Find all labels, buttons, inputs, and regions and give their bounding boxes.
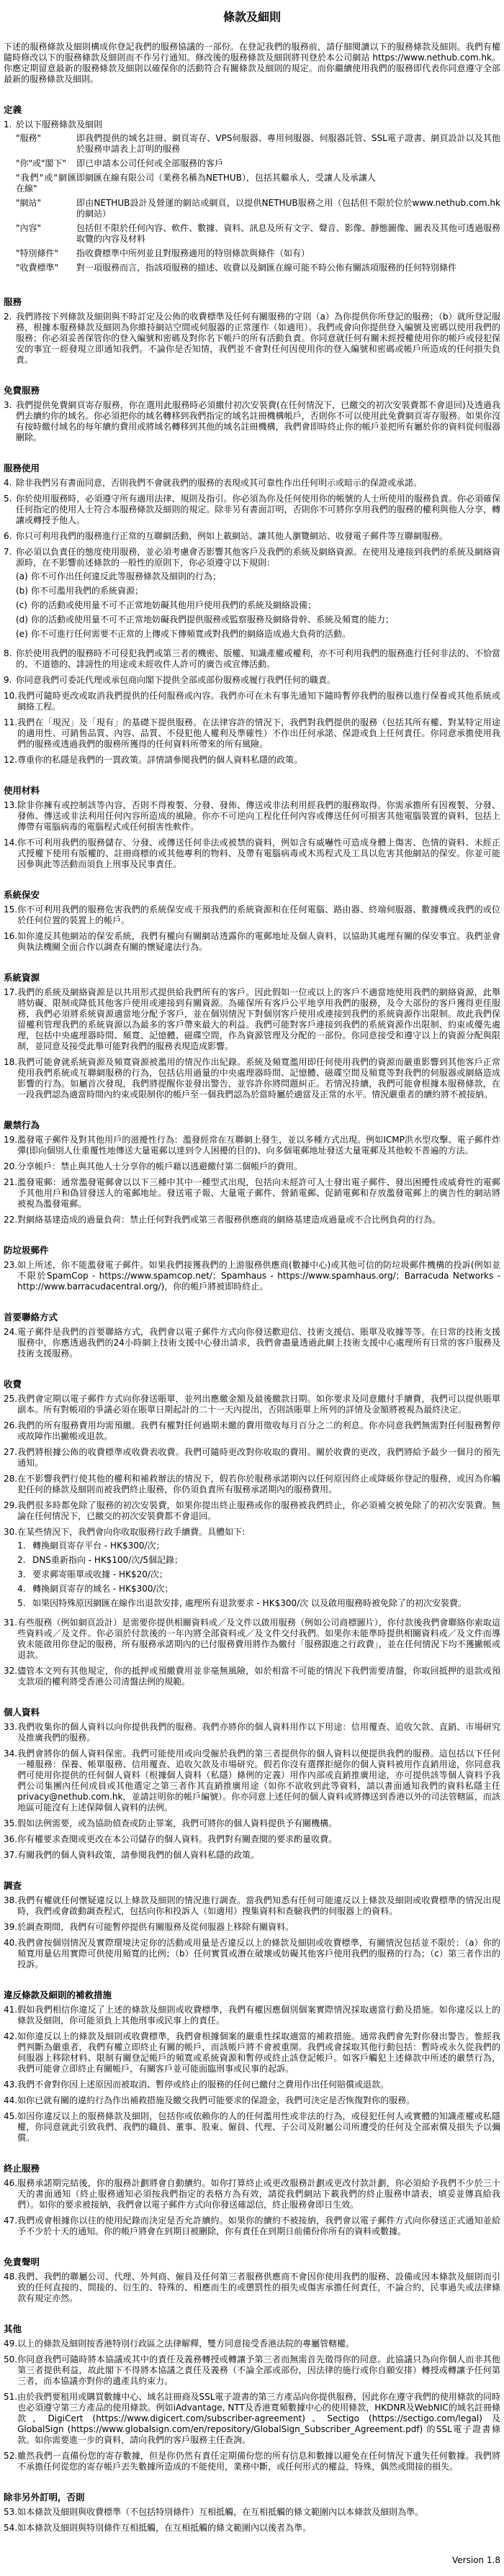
item-number: 33. bbox=[4, 1722, 17, 1743]
item-number: 12. bbox=[4, 755, 17, 766]
item-text: 在不影響我們行使其他的權利和補救辦法的情況下，假若你於服務承諾期內以任何原因終止… bbox=[17, 1474, 500, 1495]
item-text: 如上所述，你不能濫發電子郵件。如果我們接獲我們的上游服務供應商(數據中心)或其他… bbox=[17, 1260, 500, 1292]
sub-item-label: (c) bbox=[16, 600, 31, 611]
item-number: 39. bbox=[4, 1922, 17, 1933]
item-text: 儘管本文列有其他規定，你的抵押或預繳費用並非毫無風險，如於相當不可能的情況下我們… bbox=[17, 1666, 500, 1687]
terms-item: 36.你有權要求查閱或更改在本公司儲存的個人資料。我們對有關查閱的要求酌量收費。 bbox=[4, 1834, 500, 1845]
terms-section: 除非另外訂明，否則53.如本條款及細則與收費標準（不包括特別條件）互相抵觸，在互… bbox=[4, 2492, 500, 2534]
section-heading: 收費 bbox=[4, 1379, 500, 1390]
sub-item-label: 1. bbox=[17, 1541, 32, 1551]
sub-item-text: 你不可濫用我們的系統資源； bbox=[31, 586, 500, 597]
item-text: 如本條款及細則與收費標準（不包括特別條件）互相抵觸，在互相抵觸的條文範圍內以本條… bbox=[17, 2507, 500, 2518]
sub-item-text: 你的活動或使用量不可不正常地妨礙我們提供服務或監察服務及網絡骨幹、系統及頻寬的能… bbox=[31, 614, 500, 625]
sub-item-text: 如果因特殊原因網匯在線作出退款安排, 處理所有退款要求 - HK$300/次 以… bbox=[32, 1598, 500, 1609]
item-text: 我們會將你的個人資料保密。我們可能使用或向受僱於我們的第三者提供你的個人資料以便… bbox=[17, 1749, 500, 1813]
item-text: 有些服務（例如網頁設計）是需要你提供相關資料或／及文件以啟用服務（例如公司商標圖… bbox=[17, 1618, 500, 1661]
definition-term: "我們"或"網匯在線" bbox=[16, 173, 76, 194]
terms-item: 15.你不可利用我們的服務危害我們的系統保安或干預我們的系統資源和在任何電腦、路… bbox=[4, 904, 500, 926]
item-text: 濫發電郵：通常濫發電郵會以以下三種中其中一種型式出現，包括向未經許可人士發出電子… bbox=[17, 1177, 500, 1210]
item-number: 40. bbox=[4, 1938, 17, 1970]
item-text: 假如法例需要，或為協助偵查或防止罪案，我們可將你的個人資料提供予有關機構。 bbox=[17, 1818, 500, 1829]
item-body: 在不影響我們行使其他的權利和補救辦法的情況下，假若你於服務承諾期內以任何原因終止… bbox=[17, 1474, 500, 1495]
item-number: 43. bbox=[4, 2080, 17, 2090]
item-body: 我們可隨時更改或取消我們提供的任何服務或內容。我們亦可在未有事先通知下隨時暫停我… bbox=[17, 691, 500, 712]
item-body: 我們很多時都免除了服務的初次安裝費，如果你提出終止服務或你的服務被我們終止，你必… bbox=[17, 1500, 500, 1522]
definition-text: 包括但不限於任何內容、軟件、數據、資料、訊息及所有文字、聲音、影像、靜態圖像、圖… bbox=[76, 223, 500, 245]
item-body: 你不可利用我們的服務儲存、分發、或傳送任何非法或被禁的資料，例如含有威嚇性可造成… bbox=[17, 838, 500, 870]
sub-item-text: 要求郵寄賬單或收據 - HK$20/次； bbox=[32, 1569, 500, 1580]
section-heading: 防垃圾郵件 bbox=[4, 1245, 500, 1256]
sub-item: 4.轉換網頁寄存的域名 - HK$300/次； bbox=[17, 1584, 500, 1595]
terms-item: 47.我們或會根據你以往的使用紀錄而決定是否允許續約。如果你的續約不被接納，我們… bbox=[4, 2216, 500, 2237]
item-number: 6. bbox=[4, 531, 16, 542]
sub-item-label: 3. bbox=[17, 1569, 32, 1580]
item-body: 我們在「現況」及「現有」的基礎下提供服務。在法律容許的情況下，我們對我們提供的服… bbox=[17, 717, 500, 750]
item-number: 53. bbox=[4, 2507, 17, 2518]
terms-item: 43.我們不會對你因上述原因而被取消、暫停或終止的服務的任何已繳付之費用作出任何… bbox=[4, 2080, 500, 2090]
item-body: 我們的所有服務費用均需預繳。我們有權對任何過期未繳的費用徵收每月百分之二的利息。… bbox=[17, 1420, 500, 1442]
terms-item: 25.我們會定期以電子郵件方式向你發送賬單，並列出應繳金額及最後繳款日期。如你要… bbox=[4, 1394, 500, 1415]
sub-item-text: 你的活動或使用量不可不正常地妨礙其他用戶使用我們的系統及網絡設備； bbox=[31, 600, 500, 611]
sub-item-label: 2. bbox=[17, 1555, 32, 1566]
item-body: 電子郵件是我們的首要聯絡方式，我們會以電子郵件方式向你發送歡迎信、技術支援信、賬… bbox=[17, 1327, 500, 1359]
item-number: 44. bbox=[4, 2095, 17, 2106]
definition-row: "服務"即我們提供的域名註冊、網頁寄存、VPS伺服器、專用伺服器、伺服器託管、S… bbox=[16, 133, 500, 155]
item-body: 你於使用服務時，必須遵守所有適用法律、規則及指引。你必須為你及任何使用你的帳號的… bbox=[16, 494, 500, 526]
item-number: 49. bbox=[4, 2339, 17, 2349]
item-text: 除非我們另有書面同意，否則我們不會就我們的服務的表現或其可靠性作出任何明示或暗示… bbox=[16, 478, 500, 489]
item-number: 52. bbox=[4, 2451, 17, 2472]
section-heading: 免費服務 bbox=[4, 385, 500, 396]
item-number: 27. bbox=[4, 1447, 17, 1469]
item-body: 我們收集你的個人資料以向你提供我們的服務。我們亦將你的個人資料用作以下用途：信用… bbox=[17, 1722, 500, 1743]
terms-item: 38.我們有權就任何懷疑違反以上條款及細則的情況進行調查。當我們知悉有任何可能違… bbox=[4, 1895, 500, 1917]
terms-item: 31.有些服務（例如網頁設計）是需要你提供相關資料或／及文件以啟用服務（例如公司… bbox=[4, 1618, 500, 1661]
sub-item: 2.DNS重新指向 - HK$100/次/5個記錄； bbox=[17, 1555, 500, 1566]
section-heading: 系統資源 bbox=[4, 972, 500, 984]
sub-item-text: DNS重新指向 - HK$100/次/5個記錄； bbox=[32, 1555, 500, 1566]
item-number: 42. bbox=[4, 2031, 17, 2074]
terms-item: 41.假如我們相信你違反了上述的條款及細則或收費標準，我們有權因應個別個案實際情… bbox=[4, 2005, 500, 2026]
item-body: 分享帳戶：禁止與其他人士分享你的帳戶藉以逃避繳付第二個帳戶的費用。 bbox=[17, 1161, 500, 1172]
terms-item: 24.電子郵件是我們的首要聯絡方式，我們會以電子郵件方式向你發送歡迎信、技術支援… bbox=[4, 1327, 500, 1359]
definition-text: 指收費標準中所列並且對服務適用的特別條款與條件（如有） bbox=[76, 248, 500, 259]
item-number: 22. bbox=[4, 1215, 17, 1225]
item-body: 以上的條款及細則按香港特別行政區之法律解釋，雙方同意接受香港法院的專屬管轄權。 bbox=[17, 2339, 500, 2349]
item-body: 在某些情況下，我們會向你收取服務行政手續費。具體如下:1.轉換網頁寄存平台 - … bbox=[17, 1527, 500, 1613]
terms-section: 服務使用4.除非我們另有書面同意，否則我們不會就我們的服務的表現或其可靠性作出任… bbox=[4, 463, 500, 766]
section-heading: 嚴禁行為 bbox=[4, 1120, 500, 1131]
page-title: 條款及細則 bbox=[4, 10, 500, 24]
sub-item: (b)你不可濫用我們的系統資源； bbox=[16, 586, 500, 597]
item-body: 我們可能會就系統資源及頻寬資源被濫用的情況作出紀錄。系統及頻寬濫用即任何使用我們… bbox=[17, 1057, 500, 1100]
item-number: 4. bbox=[4, 478, 16, 489]
terms-item: 23.如上所述，你不能濫發電子郵件。如果我們接獲我們的上游服務供應商(數據中心)… bbox=[4, 1260, 500, 1292]
section-heading: 違反條款及細則的補救措施 bbox=[4, 1990, 500, 2001]
item-number: 24. bbox=[4, 1327, 17, 1359]
terms-item: 17.我們的系統及網絡資源是以共用形式提供給我們所有的客戶。因此假如一位或以上的… bbox=[4, 987, 500, 1052]
item-text: 如因你違反以上的服務條款及細則，包括你或依賴你的人的任何濫用性或非法的行為，或侵… bbox=[17, 2111, 500, 2144]
item-number: 7. bbox=[4, 547, 16, 643]
terms-section: 防垃圾郵件23.如上所述，你不能濫發電子郵件。如果我們接獲我們的上游服務供應商(… bbox=[4, 1245, 500, 1292]
item-number: 45. bbox=[4, 2111, 17, 2144]
terms-item: 48.我們、我們的聯屬公司、代理、外判商、僱員及任何第三者服務供應商不會因你使用… bbox=[4, 2272, 500, 2304]
item-number: 23. bbox=[4, 1260, 17, 1292]
terms-section: 收費25.我們會定期以電子郵件方式向你發送賬單，並列出應繳金額及最後繳款日期。如… bbox=[4, 1379, 500, 1687]
terms-item: 13.除非你擁有或控制該等內容，否則不得複製、分發、發佈、傳送或非法利用經我們的… bbox=[4, 800, 500, 833]
item-text: 你同意我們可委託代理或承包商向閣下提供全部或部份服務或履行我們任何的職責。 bbox=[16, 675, 500, 686]
terms-item: 33.我們收集你的個人資料以向你提供我們的服務。我們亦將你的個人資料用作以下用途… bbox=[4, 1722, 500, 1743]
item-body: 我們會按個別情況及實際環境決定你的活動或用量是否違反以上的條款及細則或收費標準，… bbox=[17, 1938, 500, 1970]
item-text: 我們在「現況」及「現有」的基礎下提供服務。在法律容許的情況下，我們對我們提供的服… bbox=[17, 717, 500, 750]
item-number: 16. bbox=[4, 931, 17, 953]
definition-term: "特別條件" bbox=[16, 248, 76, 259]
terms-item: 2.我們將按下列條款及細則與不時訂定及公佈的收費標準及任何有關服務的守則（a）為… bbox=[4, 312, 500, 366]
terms-item: 45.如因你違反以上的服務條款及細則，包括你或依賴你的人的任何濫用性或非法的行為… bbox=[4, 2111, 500, 2144]
item-body: 除非我們另有書面同意，否則我們不會就我們的服務的表現或其可靠性作出任何明示或暗示… bbox=[16, 478, 500, 489]
item-body: 如上所述，你不能濫發電子郵件。如果我們接獲我們的上游服務供應商(數據中心)或其他… bbox=[17, 1260, 500, 1292]
sections-container: 定義1.於以下服務條款及細則"服務"即我們提供的域名註冊、網頁寄存、VPS伺服器… bbox=[4, 104, 500, 2534]
item-number: 37. bbox=[4, 1850, 17, 1861]
definition-term: "收費標準" bbox=[16, 263, 76, 273]
definition-term: "內容" bbox=[16, 223, 76, 245]
terms-item: 19.濫發電子郵件及對其他用戶的滋擾性行為：濫發經常在互聯網上發生，並以多種方式… bbox=[4, 1135, 500, 1156]
item-body: 服務承諾期完結後，你的服務計劃將會自動續約。如你打算終止或更改服務計劃或更改付款… bbox=[17, 2178, 500, 2210]
item-text: 對網絡基建造成的過量負荷：禁止任何對我們或第三者服務供應商的網絡基建造成過量或不… bbox=[17, 1215, 500, 1225]
item-text: 你不可利用我們的服務危害我們的系統保安或干預我們的系統資源和在任何電腦、路由器、… bbox=[17, 904, 500, 926]
section-heading: 其他 bbox=[4, 2323, 500, 2335]
item-body: 有些服務（例如網頁設計）是需要你提供相關資料或／及文件以啟用服務（例如公司商標圖… bbox=[17, 1618, 500, 1661]
item-body: 於以下服務條款及細則"服務"即我們提供的域名註冊、網頁寄存、VPS伺服器、專用伺… bbox=[16, 119, 500, 277]
item-text: 我們的系統及網絡資源是以共用形式提供給我們所有的客戶。因此假如一位或以上的客戶不… bbox=[17, 987, 500, 1052]
definition-row: "網站"即由NETHUB設計及營運的網站或網頁，以提供NETHUB服務之用（包括… bbox=[16, 198, 500, 219]
terms-item: 5.你於使用服務時，必須遵守所有適用法律、規則及指引。你必須為你及任何使用你的帳… bbox=[4, 494, 500, 526]
sub-item: (a)你不可作出任何違反此等服務條款及細則的行為； bbox=[16, 571, 500, 582]
terms-item: 8.你於使用我們的服務時不可侵犯我們或第三者的機密、版權、知識產權或權利，亦不可… bbox=[4, 648, 500, 670]
item-number: 34. bbox=[4, 1749, 17, 1813]
item-number: 18. bbox=[4, 1057, 17, 1100]
terms-section: 定義1.於以下服務條款及細則"服務"即我們提供的域名註冊、網頁寄存、VPS伺服器… bbox=[4, 104, 500, 277]
item-body: 儘管本文列有其他規定，你的抵押或預繳費用並非毫無風險，如於相當不可能的情況下我們… bbox=[17, 1666, 500, 1687]
terms-section: 系統保安15.你不可利用我們的服務危害我們的系統保安或干預我們的系統資源和在任何… bbox=[4, 889, 500, 953]
item-text: 你必須以負責任的態度使用服務，並必須考慮會否影響其他客戶及我們的系統及網絡資源。… bbox=[16, 547, 500, 568]
item-text: 除非你擁有或控制該等內容，否則不得複製、分發、發佈、傳送或非法利用經我們的服務取… bbox=[17, 800, 500, 833]
item-body: 我們將按下列條款及細則與不時訂定及公佈的收費標準及任何有關服務的守則（a）為你提… bbox=[16, 312, 500, 366]
item-text: 我們會定期以電子郵件方式向你發送賬單，並列出應繳金額及最後繳款日期。如你要求及同… bbox=[17, 1394, 500, 1415]
terms-item: 22.對網絡基建造成的過量負荷：禁止任何對我們或第三者服務供應商的網絡基建造成過… bbox=[4, 1215, 500, 1225]
item-number: 54. bbox=[4, 2523, 17, 2534]
item-body: 除非你擁有或控制該等內容，否則不得複製、分發、發佈、傳送或非法利用經我們的服務取… bbox=[17, 800, 500, 833]
sub-item-text: 轉換網頁寄存平台 - HK$300/次； bbox=[32, 1541, 500, 1551]
item-text: 你於使用服務時，必須遵守所有適用法律、規則及指引。你必須為你及任何使用你的帳號的… bbox=[16, 494, 500, 526]
item-number: 8. bbox=[4, 648, 16, 670]
item-text: 如你違反其他網站的保安系統，我們有權向有關網站透露你的電郵地址及個人資料，以協助… bbox=[17, 931, 500, 953]
terms-item: 16.如你違反其他網站的保安系統，我們有權向有關網站透露你的電郵地址及個人資料，… bbox=[4, 931, 500, 953]
item-text: 你同意我們可隨時將本協議或其中的責任及義務轉授或轉讓予第三者而無需首先徵得你的同… bbox=[17, 2354, 500, 2387]
terms-item: 42.如你違反以上的條款及細則或收費標準，我們會根據個案的嚴重性採取適當的補救措… bbox=[4, 2031, 500, 2074]
item-text: 以上的條款及細則按香港特別行政區之法律解釋，雙方同意接受香港法院的專屬管轄權。 bbox=[17, 2339, 500, 2349]
terms-item: 14.你不可利用我們的服務儲存、分發、或傳送任何非法或被禁的資料，例如含有威嚇性… bbox=[4, 838, 500, 870]
section-heading: 使用材料 bbox=[4, 785, 500, 797]
terms-item: 30.在某些情況下，我們會向你收取服務行政手續費。具體如下:1.轉換網頁寄存平台… bbox=[4, 1527, 500, 1613]
section-heading: 個人資料 bbox=[4, 1707, 500, 1718]
sub-item: 5.如果因特殊原因網匯在線作出退款安排, 處理所有退款要求 - HK$300/次… bbox=[17, 1598, 500, 1609]
terms-item: 50.你同意我們可隨時將本協議或其中的責任及義務轉授或轉讓予第三者而無需首先徵得… bbox=[4, 2354, 500, 2387]
item-body: 我們有權就任何懷疑違反以上條款及細則的情況進行調查。當我們知悉有任何可能違反以上… bbox=[17, 1895, 500, 1917]
item-text: 我們提供免費網頁寄存服務，你在選用此服務時必須繳付初次安裝費(在任何情況下，已繳… bbox=[16, 400, 500, 443]
item-body: 如本條款及細則與收費標準（不包括特別條件）互相抵觸，在互相抵觸的條文範圍內以本條… bbox=[17, 2507, 500, 2518]
terms-item: 51.由於我們要租用或購買數據中心、域名註冊商及SSL電子證書的第三方產品向你提… bbox=[4, 2392, 500, 2446]
item-text: 你不可利用我們的服務儲存、分發、或傳送任何非法或被禁的資料，例如含有威嚇性可造成… bbox=[17, 838, 500, 870]
definition-text: 即我們提供的域名註冊、網頁寄存、VPS伺服器、專用伺服器、伺服器託管、SSL電子… bbox=[76, 133, 500, 155]
definition-term: "服務" bbox=[16, 133, 76, 155]
terms-item: 9.你同意我們可委託代理或承包商向閣下提供全部或部份服務或履行我們任何的職責。 bbox=[4, 675, 500, 686]
item-text: 濫發電子郵件及對其他用戶的滋擾性行為：濫發經常在互聯網上發生，並以多種方式出現。… bbox=[17, 1135, 500, 1156]
definition-row: "你"或"閣下"即已申請本公司任何或全部服務的客戶 bbox=[16, 158, 500, 169]
item-text: 於以下服務條款及細則 bbox=[16, 119, 500, 130]
item-number: 30. bbox=[4, 1527, 17, 1613]
terms-item: 34.我們會將你的個人資料保密。我們可能使用或向受僱於我們的第三者提供你的個人資… bbox=[4, 1749, 500, 1813]
section-heading: 首要聯絡方式 bbox=[4, 1312, 500, 1323]
item-text: 電子郵件是我們的首要聯絡方式，我們會以電子郵件方式向你發送歡迎信、技術支援信、賬… bbox=[17, 1327, 500, 1359]
item-text: 你只可利用我們的服務進行正常的互聯網活動，例如上載網站、讓其他人瀏覽網站、收發電… bbox=[16, 531, 500, 542]
item-text: 於調查期間，我們有可能暫停提供有關服務及從伺服器上移除有關資料。 bbox=[17, 1922, 500, 1933]
item-text: 分享帳戶：禁止與其他人士分享你的帳戶藉以逃避繳付第二個帳戶的費用。 bbox=[17, 1161, 500, 1172]
item-number: 36. bbox=[4, 1834, 17, 1845]
terms-item: 12.尊重你的私隱是我們的一貫政策。詳情請參閱我們的個人資料私隱的政策。 bbox=[4, 755, 500, 766]
section-heading: 除非另外訂明，否則 bbox=[4, 2492, 500, 2503]
item-number: 41. bbox=[4, 2005, 17, 2026]
item-text: 我們或會根據你以往的使用紀錄而決定是否允許續約。如果你的續約不被接納，我們會以電… bbox=[17, 2216, 500, 2237]
sub-item-text: 你不可進行任何需要不正常的上傳或下傳頻寬或對我們的網絡造成過大負荷的活動。 bbox=[31, 629, 500, 640]
terms-item: 44.如你已就有關的違約行為作出補救措施及繳交我們可能要求的保證金，我們可決定是… bbox=[4, 2095, 500, 2106]
item-number: 26. bbox=[4, 1420, 17, 1442]
item-text: 我們有權就任何懷疑違反以上條款及細則的情況進行調查。當我們知悉有任何可能違反以上… bbox=[17, 1895, 500, 1917]
sub-item-label: 4. bbox=[17, 1584, 32, 1595]
sub-item: 3.要求郵寄賬單或收據 - HK$20/次； bbox=[17, 1569, 500, 1580]
definition-term: "網站" bbox=[16, 198, 76, 219]
item-number: 25. bbox=[4, 1394, 17, 1415]
sub-item-label: (a) bbox=[16, 571, 31, 582]
item-number: 47. bbox=[4, 2216, 17, 2237]
terms-item: 27.我們將根據公佈的收費標準或收費表收費。我們可隨時更改對你收取的費用。關於收… bbox=[4, 1447, 500, 1469]
terms-item: 40.我們會按個別情況及實際環境決定你的活動或用量是否違反以上的條款及細則或收費… bbox=[4, 1938, 500, 1970]
item-body: 我們、我們的聯屬公司、代理、外判商、僱員及任何第三者服務供應商不會因你使用我們的… bbox=[17, 2272, 500, 2304]
section-heading: 免責聲明 bbox=[4, 2257, 500, 2268]
item-number: 15. bbox=[4, 904, 17, 926]
item-text: 我們可隨時更改或取消我們提供的任何服務或內容。我們亦可在未有事先通知下隨時暫停我… bbox=[17, 691, 500, 712]
definition-text: 即網匯在線有限公司（業務名稱為NETHUB），包括其繼承人，受讓人及承讓人 bbox=[76, 173, 500, 194]
item-body: 由於我們要租用或購買數據中心、域名註冊商及SSL電子證書的第三方產品向你提供服務… bbox=[17, 2392, 500, 2446]
item-number: 46. bbox=[4, 2178, 17, 2210]
item-text: 你有權要求查閱或更改在本公司儲存的個人資料。我們對有關查閱的要求酌量收費。 bbox=[17, 1834, 500, 1845]
terms-item: 1.於以下服務條款及細則"服務"即我們提供的域名註冊、網頁寄存、VPS伺服器、專… bbox=[4, 119, 500, 277]
item-text: 由於我們要租用或購買數據中心、域名註冊商及SSL電子證書的第三方產品向你提供服務… bbox=[17, 2392, 500, 2446]
item-number: 51. bbox=[4, 2392, 17, 2446]
item-body: 假如法例需要，或為協助偵查或防止罪案，我們可將你的個人資料提供予有關機構。 bbox=[17, 1818, 500, 1829]
terms-section: 系統資源17.我們的系統及網絡資源是以共用形式提供給我們所有的客戶。因此假如一位… bbox=[4, 972, 500, 1100]
definition-text: 對一項服務而言，指該項服務的描述、收費以及網匯在線可能不時公佈有關該項服務的任何… bbox=[76, 263, 500, 273]
item-body: 你同意我們可委託代理或承包商向閣下提供全部或部份服務或履行我們任何的職責。 bbox=[16, 675, 500, 686]
item-body: 對網絡基建造成的過量負荷：禁止任何對我們或第三者服務供應商的網絡基建造成過量或不… bbox=[17, 1215, 500, 1225]
terms-section: 其他49.以上的條款及細則按香港特別行政區之法律解釋，雙方同意接受香港法院的專屬… bbox=[4, 2323, 500, 2472]
sub-items-list: 1.轉換網頁寄存平台 - HK$300/次；2.DNS重新指向 - HK$100… bbox=[17, 1541, 500, 1609]
sub-item: 1.轉換網頁寄存平台 - HK$300/次； bbox=[17, 1541, 500, 1551]
item-text: 假如我們相信你違反了上述的條款及細則或收費標準，我們有權因應個別個案實際情況採取… bbox=[17, 2005, 500, 2026]
terms-item: 18.我們可能會就系統資源及頻寬資源被濫用的情況作出紀錄。系統及頻寬濫用即任何使… bbox=[4, 1057, 500, 1100]
terms-item: 35.假如法例需要，或為協助偵查或防止罪案，我們可將你的個人資料提供予有關機構。 bbox=[4, 1818, 500, 1829]
item-text: 我們收集你的個人資料以向你提供我們的服務。我們亦將你的個人資料用作以下用途：信用… bbox=[17, 1722, 500, 1743]
sub-item-label: (b) bbox=[16, 586, 31, 597]
terms-section: 首要聯絡方式24.電子郵件是我們的首要聯絡方式，我們會以電子郵件方式向你發送歡迎… bbox=[4, 1312, 500, 1359]
item-text: 我們的所有服務費用均需預繳。我們有權對任何過期未繳的費用徵收每月百分之二的利息。… bbox=[17, 1420, 500, 1442]
intro-paragraph: 下述的服務條款及細則構成你登記我們的服務協議的一部份。在登記我們的服務前，請仔細… bbox=[4, 42, 500, 85]
item-text: 我們將根據公佈的收費標準或收費表收費。我們可隨時更改對你收取的費用。關於收費的更… bbox=[17, 1447, 500, 1469]
terms-item: 20.分享帳戶：禁止與其他人士分享你的帳戶藉以逃避繳付第二個帳戶的費用。 bbox=[4, 1161, 500, 1172]
terms-section: 免費服務3.我們提供免費網頁寄存服務，你在選用此服務時必須繳付初次安裝費(在任何… bbox=[4, 385, 500, 443]
item-body: 如因你違反以上的服務條款及細則，包括你或依賴你的人的任何濫用性或非法的行為，或侵… bbox=[17, 2111, 500, 2144]
item-body: 我們不會對你因上述原因而被取消、暫停或終止的服務的任何已繳付之費用作出任何賠償或… bbox=[17, 2080, 500, 2090]
item-body: 如你違反以上的條款及細則或收費標準，我們會根據個案的嚴重性採取適當的補救措施。通… bbox=[17, 2031, 500, 2074]
item-body: 我們的系統及網絡資源是以共用形式提供給我們所有的客戶。因此假如一位或以上的客戶不… bbox=[17, 987, 500, 1052]
item-number: 9. bbox=[4, 675, 16, 686]
item-body: 我們會將你的個人資料保密。我們可能使用或向受僱於我們的第三者提供你的個人資料以便… bbox=[17, 1749, 500, 1813]
definition-row: "內容"包括但不限於任何內容、軟件、數據、資料、訊息及所有文字、聲音、影像、靜態… bbox=[16, 223, 500, 245]
item-text: 我們、我們的聯屬公司、代理、外判商、僱員及任何第三者服務供應商不會因你使用我們的… bbox=[17, 2272, 500, 2304]
item-text: 雖然我們一直備份您的寄存數據，但是你仍然有責任定期備份您的所有信息和數據以避免在… bbox=[17, 2451, 500, 2472]
item-text: 我們很多時都免除了服務的初次安裝費，如果你提出終止服務或你的服務被我們終止，你必… bbox=[17, 1500, 500, 1522]
item-number: 29. bbox=[4, 1500, 17, 1522]
item-body: 我們或會根據你以往的使用紀錄而決定是否允許續約。如果你的續約不被接納，我們會以電… bbox=[17, 2216, 500, 2237]
item-number: 1. bbox=[4, 119, 16, 277]
item-number: 19. bbox=[4, 1135, 17, 1156]
terms-item: 3.我們提供免費網頁寄存服務，你在選用此服務時必須繳付初次安裝費(在任何情況下，… bbox=[4, 400, 500, 443]
definition-term: "你"或"閣下" bbox=[16, 158, 76, 169]
item-body: 雖然我們一直備份您的寄存數據，但是你仍然有責任定期備份您的所有信息和數據以避免在… bbox=[17, 2451, 500, 2472]
terms-item: 46.服務承諾期完結後，你的服務計劃將會自動續約。如你打算終止或更改服務計劃或更… bbox=[4, 2178, 500, 2210]
item-body: 我們將根據公佈的收費標準或收費表收費。我們可隨時更改對你收取的費用。關於收費的更… bbox=[17, 1447, 500, 1469]
item-number: 35. bbox=[4, 1818, 17, 1829]
item-text: 有關我們的個人資料政策，請參閱我們的個人資料私隱的政策。 bbox=[17, 1850, 500, 1861]
terms-section: 使用材料13.除非你擁有或控制該等內容，否則不得複製、分發、發佈、傳送或非法利用… bbox=[4, 785, 500, 870]
terms-item: 29.我們很多時都免除了服務的初次安裝費，如果你提出終止服務或你的服務被我們終止… bbox=[4, 1500, 500, 1522]
item-number: 38. bbox=[4, 1895, 17, 1917]
item-number: 2. bbox=[4, 312, 16, 366]
item-text: 我們不會對你因上述原因而被取消、暫停或終止的服務的任何已繳付之費用作出任何賠償或… bbox=[17, 2080, 500, 2090]
terms-item: 7.你必須以負責任的態度使用服務，並必須考慮會否影響其他客戶及我們的系統及網絡資… bbox=[4, 547, 500, 643]
item-body: 濫發電子郵件及對其他用戶的滋擾性行為：濫發經常在互聯網上發生，並以多種方式出現。… bbox=[17, 1135, 500, 1156]
item-body: 有關我們的個人資料政策，請參閱我們的個人資料私隱的政策。 bbox=[17, 1850, 500, 1861]
item-number: 17. bbox=[4, 987, 17, 1052]
item-body: 如你違反其他網站的保安系統，我們有權向有關網站透露你的電郵地址及個人資料，以協助… bbox=[17, 931, 500, 953]
item-text: 尊重你的私隱是我們的一貫政策。詳情請參閱我們的個人資料私隱的政策。 bbox=[17, 755, 500, 766]
terms-item: 10.我們可隨時更改或取消我們提供的任何服務或內容。我們亦可在未有事先通知下隨時… bbox=[4, 691, 500, 712]
item-number: 3. bbox=[4, 400, 16, 443]
terms-item: 37.有關我們的個人資料政策，請參閱我們的個人資料私隱的政策。 bbox=[4, 1850, 500, 1861]
terms-section: 違反條款及細則的補救措施41.假如我們相信你違反了上述的條款及細則或收費標準，我… bbox=[4, 1990, 500, 2144]
terms-section: 個人資料33.我們收集你的個人資料以向你提供我們的服務。我們亦將你的個人資料用作… bbox=[4, 1707, 500, 1861]
item-body: 你必須以負責任的態度使用服務，並必須考慮會否影響其他客戶及我們的系統及網絡資源。… bbox=[16, 547, 500, 643]
item-body: 假如我們相信你違反了上述的條款及細則或收費標準，我們有權因應個別個案實際情況採取… bbox=[17, 2005, 500, 2026]
item-number: 50. bbox=[4, 2354, 17, 2387]
terms-item: 52.雖然我們一直備份您的寄存數據，但是你仍然有責任定期備份您的所有信息和數據以… bbox=[4, 2451, 500, 2472]
item-text: 我們將按下列條款及細則與不時訂定及公佈的收費標準及任何有關服務的守則（a）為你提… bbox=[16, 312, 500, 366]
definition-text: 即已申請本公司任何或全部服務的客戶 bbox=[76, 158, 500, 169]
item-number: 5. bbox=[4, 494, 16, 526]
terms-item: 54.如本條款及細則與特別條件互相抵觸，在互相抵觸的條文範圍內以後者為準。 bbox=[4, 2523, 500, 2534]
sub-item-label: (d) bbox=[16, 614, 31, 625]
item-number: 32. bbox=[4, 1666, 17, 1687]
item-body: 濫發電郵：通常濫發電郵會以以下三種中其中一種型式出現，包括向未經許可人士發出電子… bbox=[17, 1177, 500, 1210]
item-text: 如你違反以上的條款及細則或收費標準，我們會根據個案的嚴重性採取適當的補救措施。通… bbox=[17, 2031, 500, 2074]
terms-item: 28.在不影響我們行使其他的權利和補救辦法的情況下，假若你於服務承諾期內以任何原… bbox=[4, 1474, 500, 1495]
item-text: 我們可能會就系統資源及頻寬資源被濫用的情況作出紀錄。系統及頻寬濫用即任何使用我們… bbox=[17, 1057, 500, 1100]
item-number: 11. bbox=[4, 717, 17, 750]
item-body: 你同意我們可隨時將本協議或其中的責任及義務轉授或轉讓予第三者而無需首先徵得你的同… bbox=[17, 2354, 500, 2387]
definition-row: "特別條件"指收費標準中所列並且對服務適用的特別條款與條件（如有） bbox=[16, 248, 500, 259]
terms-item: 53.如本條款及細則與收費標準（不包括特別條件）互相抵觸，在互相抵觸的條文範圍內… bbox=[4, 2507, 500, 2518]
terms-item: 6.你只可利用我們的服務進行正常的互聯網活動，例如上載網站、讓其他人瀏覽網站、收… bbox=[4, 531, 500, 542]
sub-item: (e)你不可進行任何需要不正常的上傳或下傳頻寬或對我們的網絡造成過大負荷的活動。 bbox=[16, 629, 500, 640]
terms-and-conditions-document: 條款及細則 下述的服務條款及細則構成你登記我們的服務協議的一部份。在登記我們的服… bbox=[0, 0, 504, 2576]
sub-item: (d)你的活動或使用量不可不正常地妨礙我們提供服務或監察服務及網絡骨幹、系統及頻… bbox=[16, 614, 500, 625]
definition-text: 即由NETHUB設計及營運的網站或網頁，以提供NETHUB服務之用（包括但不限於… bbox=[76, 198, 500, 219]
item-body: 於調查期間，我們有可能暫停提供有關服務及從伺服器上移除有關資料。 bbox=[17, 1922, 500, 1933]
item-body: 你有權要求查閱或更改在本公司儲存的個人資料。我們對有關查閱的要求酌量收費。 bbox=[17, 1834, 500, 1845]
item-text: 如本條款及細則與特別條件互相抵觸，在互相抵觸的條文範圍內以後者為準。 bbox=[17, 2523, 500, 2534]
terms-item: 4.除非我們另有書面同意，否則我們不會就我們的服務的表現或其可靠性作出任何明示或… bbox=[4, 478, 500, 489]
terms-section: 服務2.我們將按下列條款及細則與不時訂定及公佈的收費標準及任何有關服務的守則（a… bbox=[4, 296, 500, 366]
section-heading: 終止服務 bbox=[4, 2163, 500, 2174]
terms-item: 11.我們在「現況」及「現有」的基礎下提供服務。在法律容許的情況下，我們對我們提… bbox=[4, 717, 500, 750]
sub-item-text: 你不可作出任何違反此等服務條款及細則的行為； bbox=[31, 571, 500, 582]
item-body: 你不可利用我們的服務危害我們的系統保安或干預我們的系統資源和在任何電腦、路由器、… bbox=[17, 904, 500, 926]
item-body: 你於使用我們的服務時不可侵犯我們或第三者的機密、版權、知識產權或權利，亦不可利用… bbox=[16, 648, 500, 670]
terms-section: 嚴禁行為19.濫發電子郵件及對其他用戶的滋擾性行為：濫發經常在互聯網上發生，並以… bbox=[4, 1120, 500, 1225]
item-body: 你只可利用我們的服務進行正常的互聯網活動，例如上載網站、讓其他人瀏覽網站、收發電… bbox=[16, 531, 500, 542]
item-body: 尊重你的私隱是我們的一貫政策。詳情請參閱我們的個人資料私隱的政策。 bbox=[17, 755, 500, 766]
item-body: 如你已就有關的違約行為作出補救措施及繳交我們可能要求的保證金，我們可決定是否恢復… bbox=[17, 2095, 500, 2106]
terms-section: 終止服務46.服務承諾期完結後，你的服務計劃將會自動續約。如你打算終止或更改服務… bbox=[4, 2163, 500, 2237]
item-body: 如本條款及細則與特別條件互相抵觸，在互相抵觸的條文範圍內以後者為準。 bbox=[17, 2523, 500, 2534]
definition-row: "我們"或"網匯在線"即網匯在線有限公司（業務名稱為NETHUB），包括其繼承人… bbox=[16, 173, 500, 194]
sub-item-label: (e) bbox=[16, 629, 31, 640]
item-number: 10. bbox=[4, 691, 17, 712]
item-number: 48. bbox=[4, 2272, 17, 2304]
terms-item: 39.於調查期間，我們有可能暫停提供有關服務及從伺服器上移除有關資料。 bbox=[4, 1922, 500, 1933]
sub-item-text: 轉換網頁寄存的域名 - HK$300/次； bbox=[32, 1584, 500, 1595]
terms-item: 21.濫發電郵：通常濫發電郵會以以下三種中其中一種型式出現，包括向未經許可人士發… bbox=[4, 1177, 500, 1210]
item-number: 14. bbox=[4, 838, 17, 870]
section-heading: 服務使用 bbox=[4, 463, 500, 474]
item-number: 13. bbox=[4, 800, 17, 833]
terms-item: 49.以上的條款及細則按香港特別行政區之法律解釋，雙方同意接受香港法院的專屬管轄… bbox=[4, 2339, 500, 2349]
version-label: Version 1.8 bbox=[4, 2555, 500, 2566]
terms-item: 26.我們的所有服務費用均需預繳。我們有權對任何過期未繳的費用徵收每月百分之二的… bbox=[4, 1420, 500, 1442]
section-heading: 定義 bbox=[4, 104, 500, 116]
sub-items-list: (a)你不可作出任何違反此等服務條款及細則的行為；(b)你不可濫用我們的系統資源… bbox=[16, 571, 500, 640]
item-text: 在某些情況下，我們會向你收取服務行政手續費。具體如下: bbox=[17, 1527, 500, 1538]
item-number: 20. bbox=[4, 1161, 17, 1172]
item-body: 我們提供免費網頁寄存服務，你在選用此服務時必須繳付初次安裝費(在任何情況下，已繳… bbox=[16, 400, 500, 443]
definition-row: "收費標準"對一項服務而言，指該項服務的描述、收費以及網匯在線可能不時公佈有關該… bbox=[16, 263, 500, 273]
item-text: 如你已就有關的違約行為作出補救措施及繳交我們可能要求的保證金，我們可決定是否恢復… bbox=[17, 2095, 500, 2106]
terms-section: 免責聲明48.我們、我們的聯屬公司、代理、外判商、僱員及任何第三者服務供應商不會… bbox=[4, 2257, 500, 2304]
section-heading: 系統保安 bbox=[4, 889, 500, 901]
item-body: 我們會定期以電子郵件方式向你發送賬單，並列出應繳金額及最後繳款日期。如你要求及同… bbox=[17, 1394, 500, 1415]
item-text: 我們會按個別情況及實際環境決定你的活動或用量是否違反以上的條款及細則或收費標準，… bbox=[17, 1938, 500, 1970]
section-heading: 調查 bbox=[4, 1880, 500, 1892]
